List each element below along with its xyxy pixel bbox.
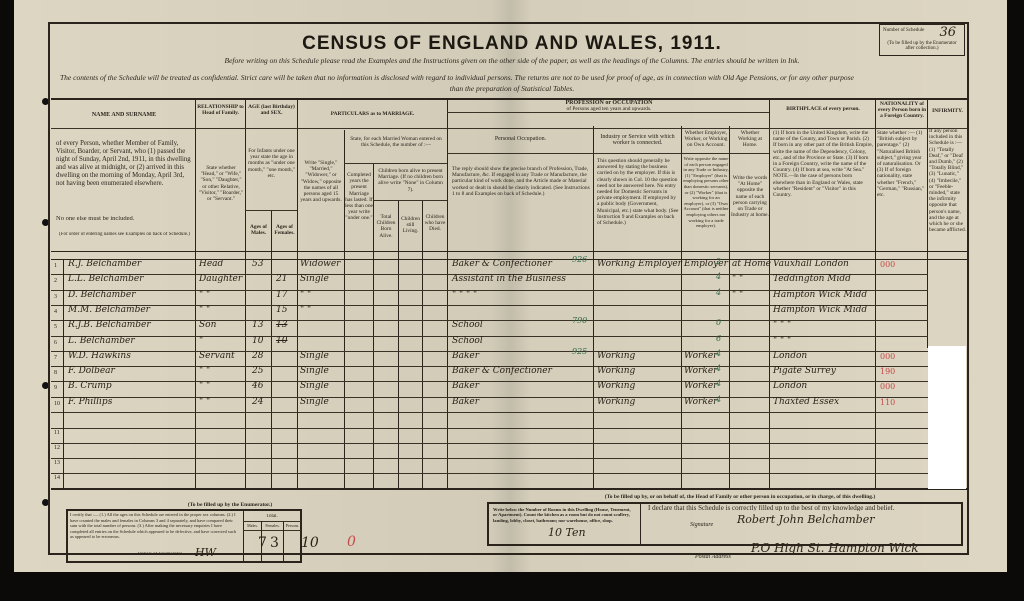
relationship: Head xyxy=(199,259,223,269)
birthplace: Pigate Surrey xyxy=(773,366,836,376)
person-name: F. Dolbear xyxy=(68,366,115,376)
row-number: 3 xyxy=(54,294,57,300)
row-number: 5 xyxy=(54,324,57,330)
personal-occupation: Baker xyxy=(452,351,479,361)
row-number: 7 xyxy=(54,355,57,361)
industry: Working xyxy=(597,397,635,407)
employment-code: 4 xyxy=(716,364,721,373)
birthplace-code: 000 xyxy=(880,352,895,361)
col-birthplace-desc: (1) If born in the United Kingdom, write… xyxy=(773,130,873,198)
rooms-instruction: Write below the Number of Rooms in this … xyxy=(493,507,635,523)
age-male: 28 xyxy=(252,351,263,361)
schedule-number: 36 xyxy=(939,25,956,40)
signature-label: Signature xyxy=(690,522,740,528)
personal-occupation: School xyxy=(452,320,483,330)
age-female: 21 xyxy=(276,274,287,284)
enumerator-initials: HW xyxy=(195,546,216,559)
row-number: 6 xyxy=(54,340,57,346)
birthplace-code: 110 xyxy=(880,398,895,407)
marital-status: Single xyxy=(300,397,329,407)
initials-label: Initials of Enumerator xyxy=(130,552,190,558)
person-name: B. Crump xyxy=(68,381,112,391)
age-female: 15 xyxy=(276,305,287,315)
personal-occupation: Baker & Confectioner xyxy=(452,366,552,376)
birthplace: London xyxy=(773,351,807,361)
birthplace: Hampton Wick Midd xyxy=(773,290,867,300)
persons-label: Persons. xyxy=(284,523,301,529)
row-number: 14 xyxy=(54,475,60,481)
personal-occupation: Baker & Confectioner xyxy=(452,259,552,269)
birthplace: Hampton Wick Midd xyxy=(773,305,867,315)
marital-status: Single xyxy=(300,274,329,284)
col-name-title: NAME AND SURNAME xyxy=(55,112,193,118)
employment-code: 4 xyxy=(716,288,721,297)
row-number: 12 xyxy=(54,445,60,451)
employment-code: 6 xyxy=(716,334,721,343)
person-name: R.J. Belchamber xyxy=(68,259,141,269)
marital-status: " " xyxy=(300,290,311,300)
employment-status: Worker xyxy=(684,397,717,407)
col-industry-desc: This question should generally be answer… xyxy=(597,158,679,226)
person-name: D. Belchamber xyxy=(68,290,136,300)
employment-code: 0 xyxy=(716,318,721,327)
at-home: " " xyxy=(732,274,743,284)
marital-status: Single xyxy=(300,351,329,361)
employment-status: Employer xyxy=(684,259,728,269)
col-name-order-note: (For order of entering names see Example… xyxy=(56,232,193,238)
col-name-desc: of every Person, whether Member of Famil… xyxy=(56,140,193,188)
employment-status: Worker xyxy=(684,351,717,361)
age-female: 13 xyxy=(276,320,287,330)
industry: Working Employer xyxy=(597,259,682,269)
row-number: 8 xyxy=(54,370,57,376)
red-check-mark: 0 xyxy=(347,534,356,550)
col-marriage-years: Completed years the present Marriage has… xyxy=(345,172,373,222)
col-marriage-title: PARTICULARS as to MARRIAGE. xyxy=(299,111,446,117)
col-employer-desc: Write opposite the name of each person e… xyxy=(683,156,729,229)
rooms-count: 10 Ten xyxy=(548,526,586,539)
person-name: M.M. Belchamber xyxy=(68,305,150,315)
employment-code: 4 xyxy=(716,379,721,388)
industry: Working xyxy=(597,351,635,361)
col-at-home: Whether Working at Home. xyxy=(731,130,769,149)
relationship: " " xyxy=(199,397,210,407)
col-children-living: Children still Living. xyxy=(399,216,422,235)
col-personal-occupation: Personal Occupation. xyxy=(449,136,592,142)
col-employer: Whether Employer, Worker, or Working on … xyxy=(683,130,729,149)
col-name-note: No one else must be included. xyxy=(56,216,193,222)
row-number: 11 xyxy=(54,430,60,436)
col-age-males: Ages of Males. xyxy=(246,224,271,236)
employment-code: 2 xyxy=(716,257,721,266)
occupation-code: 926 xyxy=(572,255,587,264)
col-children-born: Children born alive to present Marriage.… xyxy=(375,168,446,193)
total-label: Total. xyxy=(243,514,301,520)
personal-occupation: Baker xyxy=(452,397,479,407)
enumerator-heading: (To be filled up by the Enumerator.) xyxy=(150,502,310,508)
relationship: " xyxy=(199,336,203,346)
marital-status: Single xyxy=(300,381,329,391)
person-name: L. Belchamber xyxy=(68,336,135,346)
declaration-text: I declare that this Schedule is correctl… xyxy=(648,505,958,511)
birthplace: " " " xyxy=(773,320,791,330)
row-number: 1 xyxy=(54,263,57,269)
col-marriage-desc: Write "Single," "Married," "Widower," or… xyxy=(299,160,343,203)
relationship: " " xyxy=(199,290,210,300)
occupation-code: 925 xyxy=(572,347,587,356)
birthplace-code: 000 xyxy=(880,260,895,269)
instruction-line-3: than the preparation of Statistical Tabl… xyxy=(0,84,1024,93)
females-label: Females. xyxy=(262,523,283,529)
age-female: 10 xyxy=(276,336,287,346)
signature: Robert John Belchamber xyxy=(737,513,874,526)
schedule-number-label: Number of Schedule xyxy=(883,28,924,33)
col-age-desc: For Infants under one year state the age… xyxy=(247,148,296,179)
person-name: F. Phillips xyxy=(68,397,112,407)
schedule-number-box: Number of Schedule 36 (To be filled up b… xyxy=(879,24,965,56)
birthplace-code: 190 xyxy=(880,367,895,376)
marital-status: Widower xyxy=(300,259,340,269)
relationship: " " xyxy=(199,305,210,315)
employment-status: Worker xyxy=(684,366,717,376)
employment-code: 4 xyxy=(716,395,721,404)
at-home: " " xyxy=(732,290,743,300)
total-females: 3 xyxy=(270,535,279,551)
relationship: " " xyxy=(199,366,210,376)
relationship: Son xyxy=(199,320,216,330)
age-male: 13 xyxy=(252,320,263,330)
birthplace: Teddington Midd xyxy=(773,274,851,284)
col-age-title: AGE (last Birthday) and SEX. xyxy=(247,104,296,116)
industry: Working xyxy=(597,366,635,376)
birthplace: Thaxted Essex xyxy=(773,397,839,407)
redacted-area xyxy=(928,346,966,489)
industry: Working xyxy=(597,381,635,391)
schedule-note: (To be filled up by the Enumerator after… xyxy=(883,41,961,51)
relationship: Daughter xyxy=(199,274,242,284)
row-number: 2 xyxy=(54,278,57,284)
col-infirmity-title: INFIRMITY. xyxy=(929,108,966,114)
total-persons: 10 xyxy=(301,535,319,551)
males-label: Males. xyxy=(244,523,261,529)
col-birthplace-title: BIRTHPLACE of every person. xyxy=(771,106,875,112)
marital-status: Single xyxy=(300,366,329,376)
address-label: Postal Address xyxy=(695,554,755,560)
birthplace: Vauxhall London xyxy=(773,259,849,269)
at-home: at Home xyxy=(732,259,771,269)
col-married-woman: State, for each Married Woman entered on… xyxy=(346,136,446,148)
row-number: 13 xyxy=(54,460,60,466)
birthplace-code: 000 xyxy=(880,382,895,391)
col-relationship-desc: State whether "Head," or "Wife," "Son," … xyxy=(198,165,244,202)
col-nationality-desc: State whether :— (1) "British subject by… xyxy=(877,130,927,198)
enumerator-certify: I certify that :— (1.) All the ages on t… xyxy=(70,512,240,540)
row-number: 4 xyxy=(54,309,57,315)
col-nationality-title: NATIONALITY of every Person born in a Fo… xyxy=(877,101,927,120)
occupation-code: 790 xyxy=(572,316,587,325)
person-name: R.J.B. Belchamber xyxy=(68,320,151,330)
employment-status: Worker xyxy=(684,381,717,391)
personal-occupation: School xyxy=(452,336,483,346)
col-industry: Industry or Service with which worker is… xyxy=(595,134,680,146)
person-name: L.L. Belchamber xyxy=(68,274,143,284)
employment-code: 4 xyxy=(716,272,721,281)
col-personal-occupation-desc: The reply should show the precise branch… xyxy=(452,166,590,197)
personal-occupation: Assistant in the Business xyxy=(452,274,566,284)
col-total-children: Total Children Born Alive. xyxy=(374,214,398,239)
col-age-females: Ages of Females. xyxy=(272,224,297,236)
age-female: 17 xyxy=(276,290,287,300)
age-male: 46 xyxy=(252,381,263,391)
col-infirmity-desc: If any person included in this Schedule … xyxy=(929,128,966,233)
householder-heading: (To be filled up by, or on behalf of, th… xyxy=(520,494,960,500)
page-title: CENSUS OF ENGLAND AND WALES, 1911. xyxy=(0,33,1024,55)
age-male: 25 xyxy=(252,366,263,376)
personal-occupation: Baker xyxy=(452,381,479,391)
person-name: W.D. Hawkins xyxy=(68,351,131,361)
birthplace: London xyxy=(773,381,807,391)
marital-status: " " xyxy=(300,305,311,315)
personal-occupation: " " " " xyxy=(452,290,477,300)
col-at-home-desc: Write the words "At Home" opposite the n… xyxy=(731,175,769,218)
relationship: Servant xyxy=(199,351,235,361)
row-number: 10 xyxy=(54,401,60,407)
instruction-line-2: The contents of the Schedule will be tre… xyxy=(60,73,960,82)
col-occupation-subtitle: of Persons aged ten years and upwards. xyxy=(449,106,769,112)
relationship: " " xyxy=(199,381,210,391)
employment-code: 4 xyxy=(716,349,721,358)
age-male: 10 xyxy=(252,336,263,346)
age-male: 24 xyxy=(252,397,263,407)
col-relationship-title: RELATIONSHIP to Head of Family. xyxy=(197,104,244,116)
col-children-died: Children who have Died. xyxy=(423,214,447,233)
age-male: 53 xyxy=(252,259,263,269)
total-males: 7 xyxy=(258,535,267,551)
instruction-line-1: Before writing on this Schedule please r… xyxy=(0,56,1024,65)
birthplace: " " " xyxy=(773,336,791,346)
row-number: 9 xyxy=(54,385,57,391)
postal-address: P.O High St. Hampton Wick xyxy=(751,541,919,555)
